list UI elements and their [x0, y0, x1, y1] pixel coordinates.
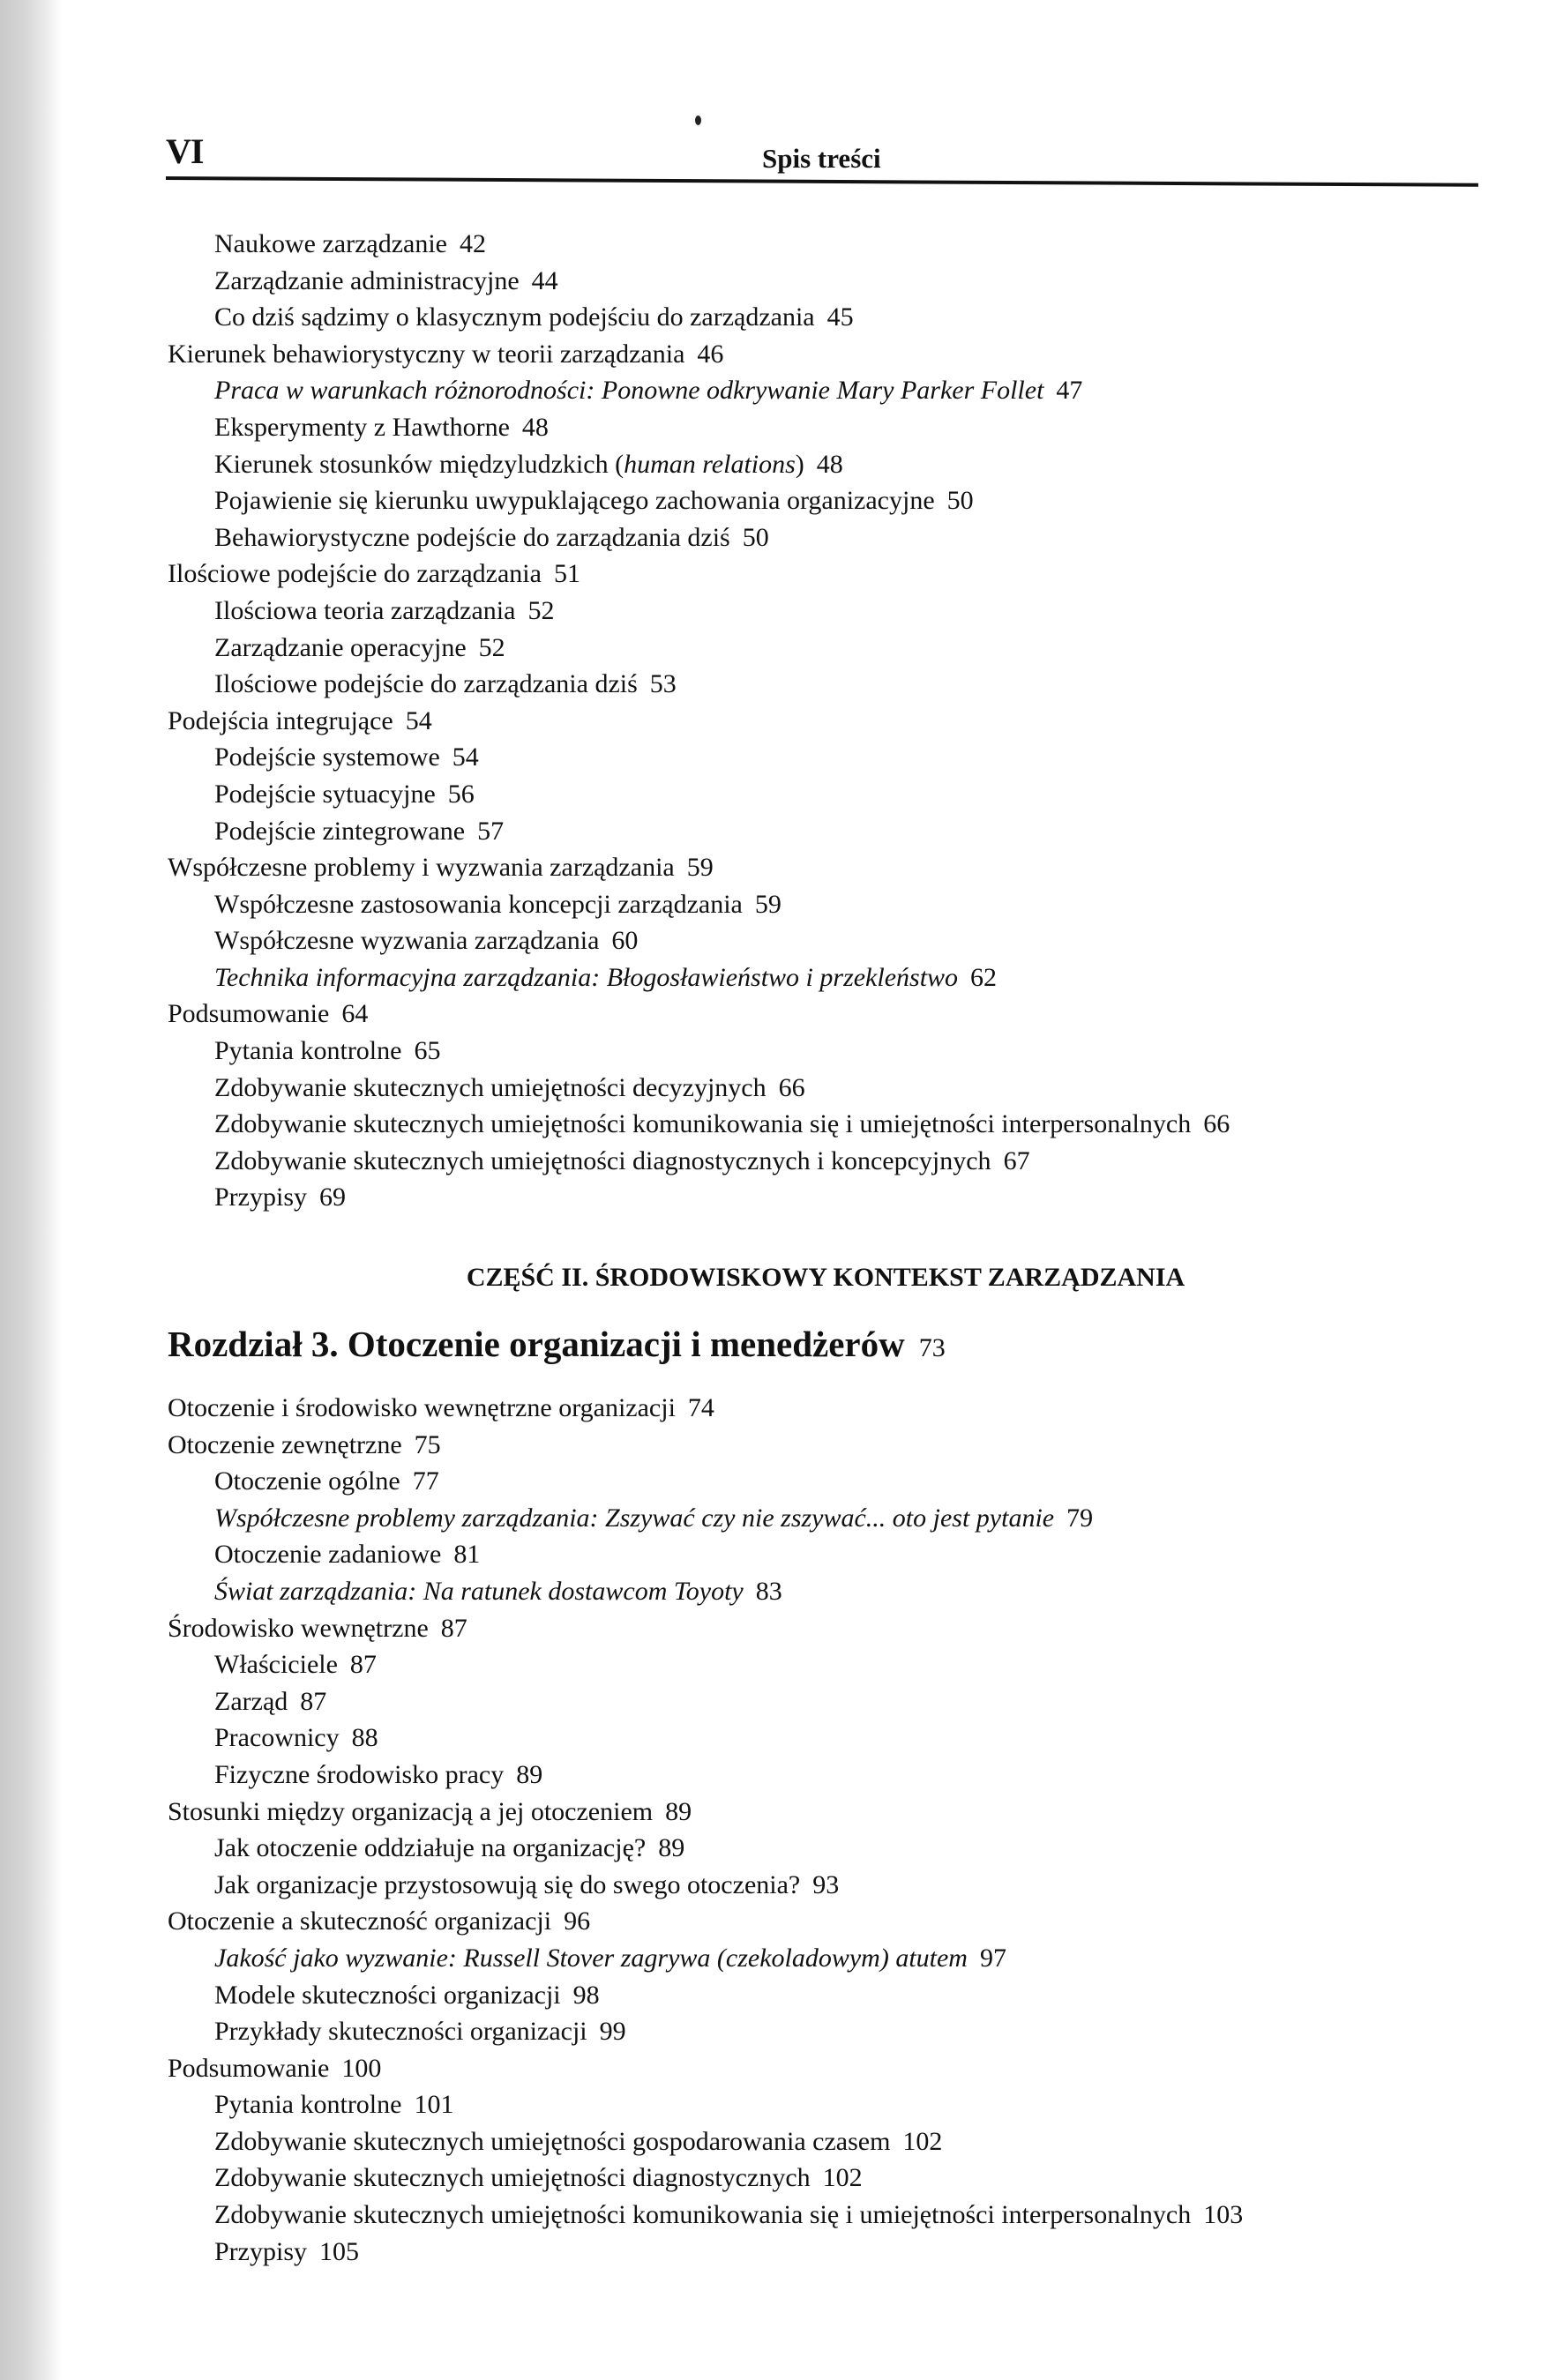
- chapter-heading[interactable]: Rozdział 3. Otoczenie organizacji i mene…: [168, 1323, 946, 1365]
- toc-entry[interactable]: Praca w warunkach różnorodności: Ponowne…: [168, 372, 1544, 409]
- toc-entry-title: Ilościowe podejście do zarządzania: [168, 559, 542, 588]
- toc-entry-page-number: 98: [573, 1981, 600, 2010]
- toc-entry[interactable]: Pracownicy88: [168, 1720, 1544, 1757]
- toc-entry-title: Naukowe zarządzanie: [214, 229, 447, 258]
- toc-entry-title: Środowisko wewnętrzne: [168, 1614, 429, 1643]
- page-number: VI: [166, 131, 203, 172]
- toc-entry-title: Otoczenie zewnętrzne: [168, 1430, 402, 1459]
- toc-entry-title: Współczesne problemy i wyzwania zarządza…: [168, 853, 675, 882]
- toc-entry[interactable]: Środowisko wewnętrzne87: [168, 1610, 1544, 1647]
- toc-entry-title: Eksperymenty z Hawthorne: [214, 413, 510, 442]
- toc-entry-title: Ilościowe podejście do zarządzania dziś: [214, 669, 638, 698]
- toc-entry[interactable]: Przypisy69: [168, 1179, 1544, 1216]
- toc-entry-title: Ilościowa teoria zarządzania: [214, 596, 515, 625]
- toc-entry-page-number: 48: [522, 413, 549, 442]
- toc-entry[interactable]: Otoczenie ogólne77: [168, 1463, 1544, 1500]
- toc-entry[interactable]: Zdobywanie skutecznych umiejętności komu…: [168, 1106, 1544, 1143]
- toc-entry[interactable]: Zdobywanie skutecznych umiejętności gosp…: [168, 2123, 1544, 2160]
- toc-entry[interactable]: Behawiorystyczne podejście do zarządzani…: [168, 519, 1544, 556]
- toc-entry[interactable]: Fizyczne środowisko pracy89: [168, 1757, 1544, 1794]
- toc-entry[interactable]: Zdobywanie skutecznych umiejętności decy…: [168, 1070, 1544, 1107]
- toc-entry[interactable]: Jakość jako wyzwanie: Russell Stover zag…: [168, 1940, 1544, 1977]
- toc-entry[interactable]: Ilościowa teoria zarządzania52: [168, 593, 1544, 630]
- toc-entry[interactable]: Modele skuteczności organizacji98: [168, 1977, 1544, 2014]
- toc-entry-page-number: 50: [743, 523, 769, 552]
- toc-entry-page-number: 88: [352, 1723, 378, 1752]
- chapter-page-number: 73: [919, 1333, 946, 1362]
- toc-entry-page-number: 57: [477, 817, 504, 846]
- toc-entry-page-number: 62: [970, 963, 997, 992]
- toc-entry-page-number: 81: [453, 1540, 480, 1569]
- toc-entry-title: Kierunek stosunków międzyludzkich (: [214, 450, 624, 479]
- toc-entry-title: Pojawienie się kierunku uwypuklającego z…: [214, 486, 935, 515]
- toc-entry-page-number: 89: [665, 1797, 692, 1826]
- toc-entry[interactable]: Technika informacyjna zarządzania: Błogo…: [168, 959, 1544, 996]
- running-head: VI Spis treści: [166, 131, 1478, 183]
- toc-entry[interactable]: Przypisy105: [168, 2234, 1544, 2271]
- toc-entry-page-number: 83: [756, 1577, 782, 1606]
- toc-entry[interactable]: Pytania kontrolne65: [168, 1033, 1544, 1070]
- toc-entry-title: Kierunek behawiorystyczny w teorii zarzą…: [168, 339, 684, 369]
- toc-entry[interactable]: Jak otoczenie oddziałuje na organizację?…: [168, 1830, 1544, 1867]
- toc-entry[interactable]: Ilościowe podejście do zarządzania dziś5…: [168, 666, 1544, 703]
- toc-entry-title: Zarządzanie administracyjne: [214, 266, 520, 295]
- toc-entry-page-number: 46: [697, 339, 723, 369]
- toc-entry-title: Współczesne problemy zarządzania: Zszywa…: [214, 1503, 1054, 1533]
- toc-entry-title-italic: human relations: [624, 450, 796, 479]
- toc-entry-title: Podejście zintegrowane: [214, 817, 465, 846]
- toc-entry[interactable]: Podejście systemowe54: [168, 739, 1544, 776]
- toc-entry-title: Przykłady skuteczności organizacji: [214, 2017, 587, 2046]
- toc-entry-title: Zdobywanie skutecznych umiejętności diag…: [214, 2163, 811, 2192]
- toc-entry-title: Pytania kontrolne: [214, 2090, 401, 2119]
- toc-entry[interactable]: Zarząd87: [168, 1683, 1544, 1720]
- toc-entry-title: Fizyczne środowisko pracy: [214, 1760, 504, 1789]
- toc-entry[interactable]: Ilościowe podejście do zarządzania51: [168, 556, 1544, 593]
- toc-entry[interactable]: Jak organizacje przystosowują się do swe…: [168, 1867, 1544, 1904]
- toc-entry-page-number: 93: [812, 1870, 839, 1899]
- toc-entry-title: Podejście sytuacyjne: [214, 780, 436, 809]
- toc-entry-title: Modele skuteczności organizacji: [214, 1981, 561, 2010]
- toc-entry-title: Podejścia integrujące: [168, 706, 393, 735]
- toc-entry-page-number: 102: [902, 2127, 942, 2156]
- toc-entry[interactable]: Co dziś sądzimy o klasycznym podejściu d…: [168, 299, 1544, 336]
- toc-entry-page-number: 65: [414, 1036, 440, 1065]
- toc-entry-page-number: 89: [658, 1833, 684, 1862]
- toc-entry-title: Otoczenie a skuteczność organizacji: [168, 1906, 551, 1936]
- toc-entry-page-number: 66: [779, 1073, 805, 1102]
- toc-entry-page-number: 42: [460, 229, 486, 258]
- toc-entry-page-number: 103: [1203, 2200, 1243, 2229]
- toc-entry-page-number: 99: [600, 2017, 626, 2046]
- toc-entry[interactable]: Stosunki między organizacją a jej otocze…: [168, 1794, 1544, 1831]
- toc-entry-title: Stosunki między organizacją a jej otocze…: [168, 1797, 653, 1826]
- toc-entry-title-suffix: ): [796, 450, 804, 479]
- scan-margin-shadow: [0, 0, 62, 2380]
- toc-entry-page-number: 67: [1004, 1146, 1030, 1175]
- toc-entry-title: Przypisy: [214, 2237, 307, 2266]
- toc-entry-page-number: 77: [413, 1466, 439, 1496]
- toc-entry[interactable]: Podsumowanie100: [168, 2050, 1544, 2087]
- toc-entry-page-number: 48: [817, 450, 843, 479]
- toc-entry-page-number: 44: [532, 266, 558, 295]
- toc-entry-title: Podsumowanie: [168, 999, 329, 1028]
- toc-entry-page-number: 52: [479, 633, 505, 662]
- toc-entry[interactable]: Otoczenie a skuteczność organizacji96: [168, 1903, 1544, 1940]
- toc-entry[interactable]: Eksperymenty z Hawthorne48: [168, 409, 1544, 446]
- toc-entry-page-number: 101: [414, 2090, 453, 2119]
- toc-entry[interactable]: Naukowe zarządzanie42: [168, 226, 1544, 263]
- toc-entry-title: Jak otoczenie oddziałuje na organizację?: [214, 1833, 646, 1862]
- toc-entry-title: Behawiorystyczne podejście do zarządzani…: [214, 523, 730, 552]
- toc-entry-page-number: 59: [687, 853, 714, 882]
- toc-entry-title: Otoczenie i środowisko wewnętrzne organi…: [168, 1393, 676, 1422]
- toc-entry-title: Technika informacyjna zarządzania: Błogo…: [214, 963, 958, 992]
- toc-entry[interactable]: Współczesne problemy zarządzania: Zszywa…: [168, 1500, 1544, 1537]
- section-title: Spis treści: [762, 143, 881, 175]
- toc-entry[interactable]: Podejścia integrujące54: [168, 703, 1544, 740]
- toc-entry[interactable]: Pytania kontrolne101: [168, 2086, 1544, 2123]
- toc-entry-page-number: 74: [688, 1393, 714, 1422]
- toc-entry[interactable]: Zarządzanie administracyjne44: [168, 263, 1544, 300]
- toc-entry-title: Jak organizacje przystosowują się do swe…: [214, 1870, 800, 1899]
- toc-entry-page-number: 52: [527, 596, 554, 625]
- toc-entry-title: Otoczenie ogólne: [214, 1466, 400, 1496]
- toc-entry-title: Współczesne zastosowania koncepcji zarzą…: [214, 890, 743, 919]
- toc-entry-page-number: 87: [350, 1650, 377, 1679]
- toc-entry-page-number: 100: [341, 2054, 381, 2083]
- toc-entry-page-number: 87: [441, 1614, 467, 1643]
- toc-entry-title: Co dziś sądzimy o klasycznym podejściu d…: [214, 302, 815, 332]
- toc-entry-title: Współczesne wyzwania zarządzania: [214, 926, 599, 955]
- toc-entry-title: Zdobywanie skutecznych umiejętności komu…: [214, 2200, 1191, 2229]
- chapter-title: Rozdział 3. Otoczenie organizacji i mene…: [168, 1324, 905, 1364]
- header-rule: [166, 176, 1478, 187]
- toc-entry-page-number: 60: [611, 926, 638, 955]
- toc-entry-page-number: 59: [755, 890, 781, 919]
- toc-entry-page-number: 69: [319, 1183, 346, 1212]
- toc-entry[interactable]: Otoczenie zewnętrzne75: [168, 1427, 1544, 1464]
- toc-entry-page-number: 97: [980, 1944, 1006, 1973]
- toc-entry-page-number: 89: [516, 1760, 542, 1789]
- toc-entry-page-number: 64: [341, 999, 368, 1028]
- toc-entry[interactable]: Współczesne zastosowania koncepcji zarzą…: [168, 886, 1544, 923]
- toc-entry-page-number: 54: [406, 706, 432, 735]
- toc-entry[interactable]: Właściciele87: [168, 1646, 1544, 1683]
- toc-entry-title: Zarząd: [214, 1687, 288, 1716]
- toc-entry-page-number: 47: [1056, 376, 1082, 405]
- toc-entry[interactable]: Pojawienie się kierunku uwypuklającego z…: [168, 482, 1544, 519]
- toc-entry[interactable]: Zdobywanie skutecznych umiejętności diag…: [168, 1143, 1544, 1180]
- toc-entry-page-number: 50: [947, 486, 974, 515]
- toc-entry-title: Podsumowanie: [168, 2054, 329, 2083]
- toc-entry[interactable]: Podejście sytuacyjne56: [168, 776, 1544, 813]
- toc-entry[interactable]: Zdobywanie skutecznych umiejętności komu…: [168, 2197, 1544, 2234]
- ink-speck: [695, 116, 701, 125]
- toc-entry-page-number: 51: [554, 559, 580, 588]
- toc-list-part-1: Naukowe zarządzanie42Zarządzanie adminis…: [168, 226, 1544, 1216]
- toc-entry-title: Zdobywanie skutecznych umiejętności komu…: [214, 1109, 1191, 1138]
- toc-entry-page-number: 96: [564, 1906, 590, 1936]
- toc-entry-title: Zdobywanie skutecznych umiejętności gosp…: [214, 2127, 890, 2156]
- toc-entry[interactable]: Współczesne wyzwania zarządzania60: [168, 922, 1544, 959]
- toc-entry[interactable]: Przykłady skuteczności organizacji99: [168, 2013, 1544, 2050]
- toc-entry-title: Otoczenie zadaniowe: [214, 1540, 441, 1569]
- toc-entry-title: Podejście systemowe: [214, 742, 440, 772]
- part-heading: CZĘŚĆ II. ŚRODOWISKOWY KONTEKST ZARZĄDZA…: [0, 1263, 1563, 1293]
- toc-entry[interactable]: Kierunek stosunków międzyludzkich (human…: [168, 446, 1544, 483]
- toc-entry-page-number: 105: [319, 2237, 359, 2266]
- toc-entry-page-number: 66: [1203, 1109, 1230, 1138]
- toc-entry-page-number: 102: [823, 2163, 863, 2192]
- toc-entry-title: Zdobywanie skutecznych umiejętności diag…: [214, 1146, 991, 1175]
- toc-entry[interactable]: Kierunek behawiorystyczny w teorii zarzą…: [168, 336, 1544, 373]
- toc-entry[interactable]: Zarządzanie operacyjne52: [168, 630, 1544, 667]
- toc-entry[interactable]: Współczesne problemy i wyzwania zarządza…: [168, 849, 1544, 886]
- toc-entry-title: Świat zarządzania: Na ratunek dostawcom …: [214, 1577, 744, 1606]
- toc-entry-title: Jakość jako wyzwanie: Russell Stover zag…: [214, 1944, 968, 1973]
- toc-entry-page-number: 54: [452, 742, 479, 772]
- toc-entry-page-number: 79: [1066, 1503, 1093, 1533]
- toc-entry-title: Pytania kontrolne: [214, 1036, 401, 1065]
- toc-entry-page-number: 53: [650, 669, 677, 698]
- toc-entry-title: Przypisy: [214, 1183, 307, 1212]
- toc-entry[interactable]: Otoczenie i środowisko wewnętrzne organi…: [168, 1390, 1544, 1427]
- toc-entry-title: Zdobywanie skutecznych umiejętności decy…: [214, 1073, 767, 1102]
- toc-entry-title: Zarządzanie operacyjne: [214, 633, 467, 662]
- toc-list-part-2: Otoczenie i środowisko wewnętrzne organi…: [168, 1390, 1544, 2270]
- toc-entry[interactable]: Otoczenie zadaniowe81: [168, 1536, 1544, 1573]
- toc-entry-page-number: 56: [448, 780, 475, 809]
- toc-entry-page-number: 87: [300, 1687, 326, 1716]
- toc-entry-title: Właściciele: [214, 1650, 338, 1679]
- toc-entry-title: Pracownicy: [214, 1723, 340, 1752]
- toc-entry[interactable]: Podsumowanie64: [168, 996, 1544, 1033]
- toc-entry-page-number: 75: [415, 1430, 441, 1459]
- toc-entry-title: Praca w warunkach różnorodności: Ponowne…: [214, 376, 1043, 405]
- toc-entry[interactable]: Zdobywanie skutecznych umiejętności diag…: [168, 2160, 1544, 2197]
- toc-entry[interactable]: Podejście zintegrowane57: [168, 813, 1544, 850]
- toc-entry[interactable]: Świat zarządzania: Na ratunek dostawcom …: [168, 1573, 1544, 1610]
- toc-entry-page-number: 45: [827, 302, 854, 332]
